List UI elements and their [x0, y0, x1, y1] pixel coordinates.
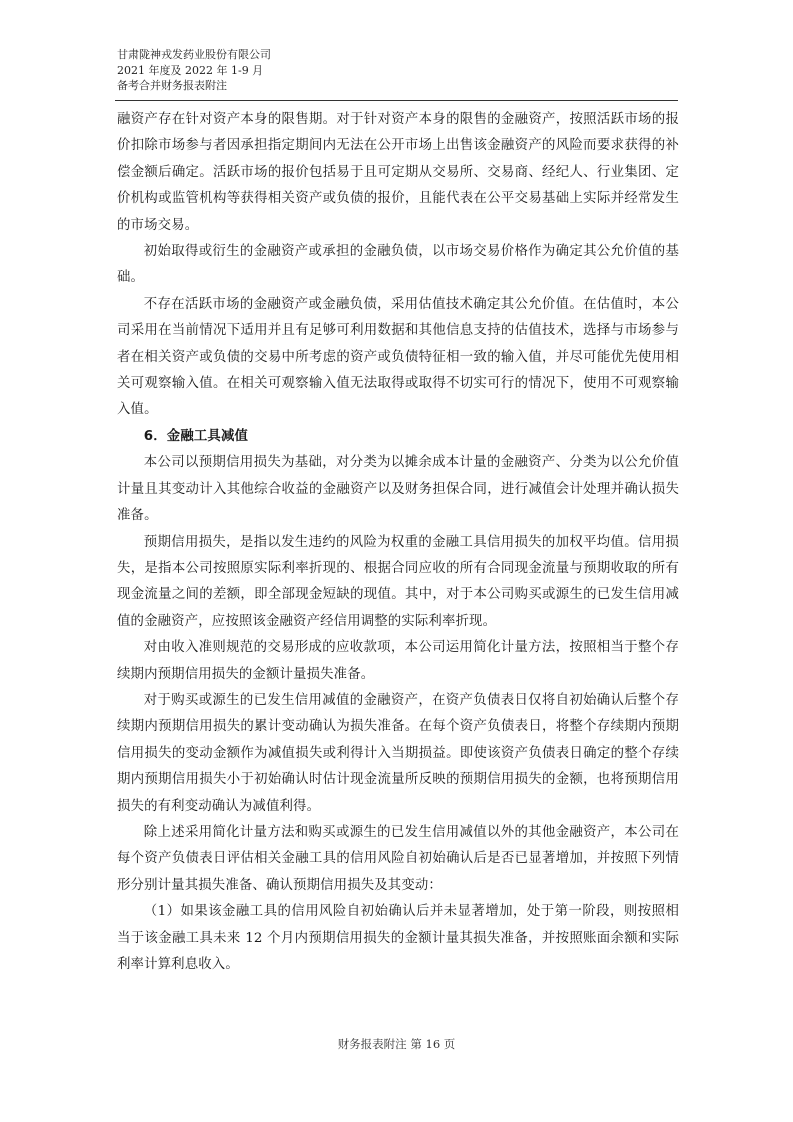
paragraph: （1）如果该金融工具的信用风险自初始确认后并未显著增加，处于第一阶段，则按照相当… — [117, 899, 679, 978]
paragraph: 初始取得或衍生的金融资产或承担的金融负债，以市场交易价格作为确定其公允价值的基础… — [117, 239, 679, 292]
paragraph: 对于购买或源生的已发生信用减值的金融资产，在资产负债表日仅将自初始确认后整个存续… — [117, 688, 679, 820]
paragraph: 本公司以预期信用损失为基础，对分类为以摊余成本计量的金融资产、分类为以公允价值计… — [117, 450, 679, 529]
page-header: 甘肃陇神戎发药业股份有限公司 2021 年度及 2022 年 1-9 月 备考合… — [117, 47, 678, 94]
document-body: 融资产存在针对资产本身的限售期。对于针对资产本身的限售的金融资产，按照活跃市场的… — [117, 107, 679, 978]
paragraph: 不存在活跃市场的金融资产或金融负债，采用估值技术确定其公允价值。在估值时，本公司… — [117, 292, 679, 424]
header-doc-title: 备考合并财务报表附注 — [117, 78, 678, 94]
page-number: 财务报表附注 第 16 页 — [338, 1037, 456, 1051]
paragraph-continuation: 融资产存在针对资产本身的限售期。对于针对资产本身的限售的金融资产，按照活跃市场的… — [117, 107, 679, 239]
paragraph: 除上述采用简化计量方法和购买或源生的已发生信用减值以外的其他金融资产，本公司在每… — [117, 820, 679, 899]
header-company: 甘肃陇神戎发药业股份有限公司 — [117, 47, 678, 63]
page-footer: 财务报表附注 第 16 页 — [0, 1036, 793, 1052]
paragraph: 预期信用损失，是指以发生违约的风险为权重的金融工具信用损失的加权平均值。信用损失… — [117, 530, 679, 636]
paragraph: 对由收入准则规范的交易形成的应收款项，本公司运用简化计量方法，按照相当于整个存续… — [117, 635, 679, 688]
header-period: 2021 年度及 2022 年 1-9 月 — [117, 63, 678, 79]
section-heading: 6．金融工具减值 — [117, 424, 679, 450]
header-rule — [115, 100, 678, 101]
